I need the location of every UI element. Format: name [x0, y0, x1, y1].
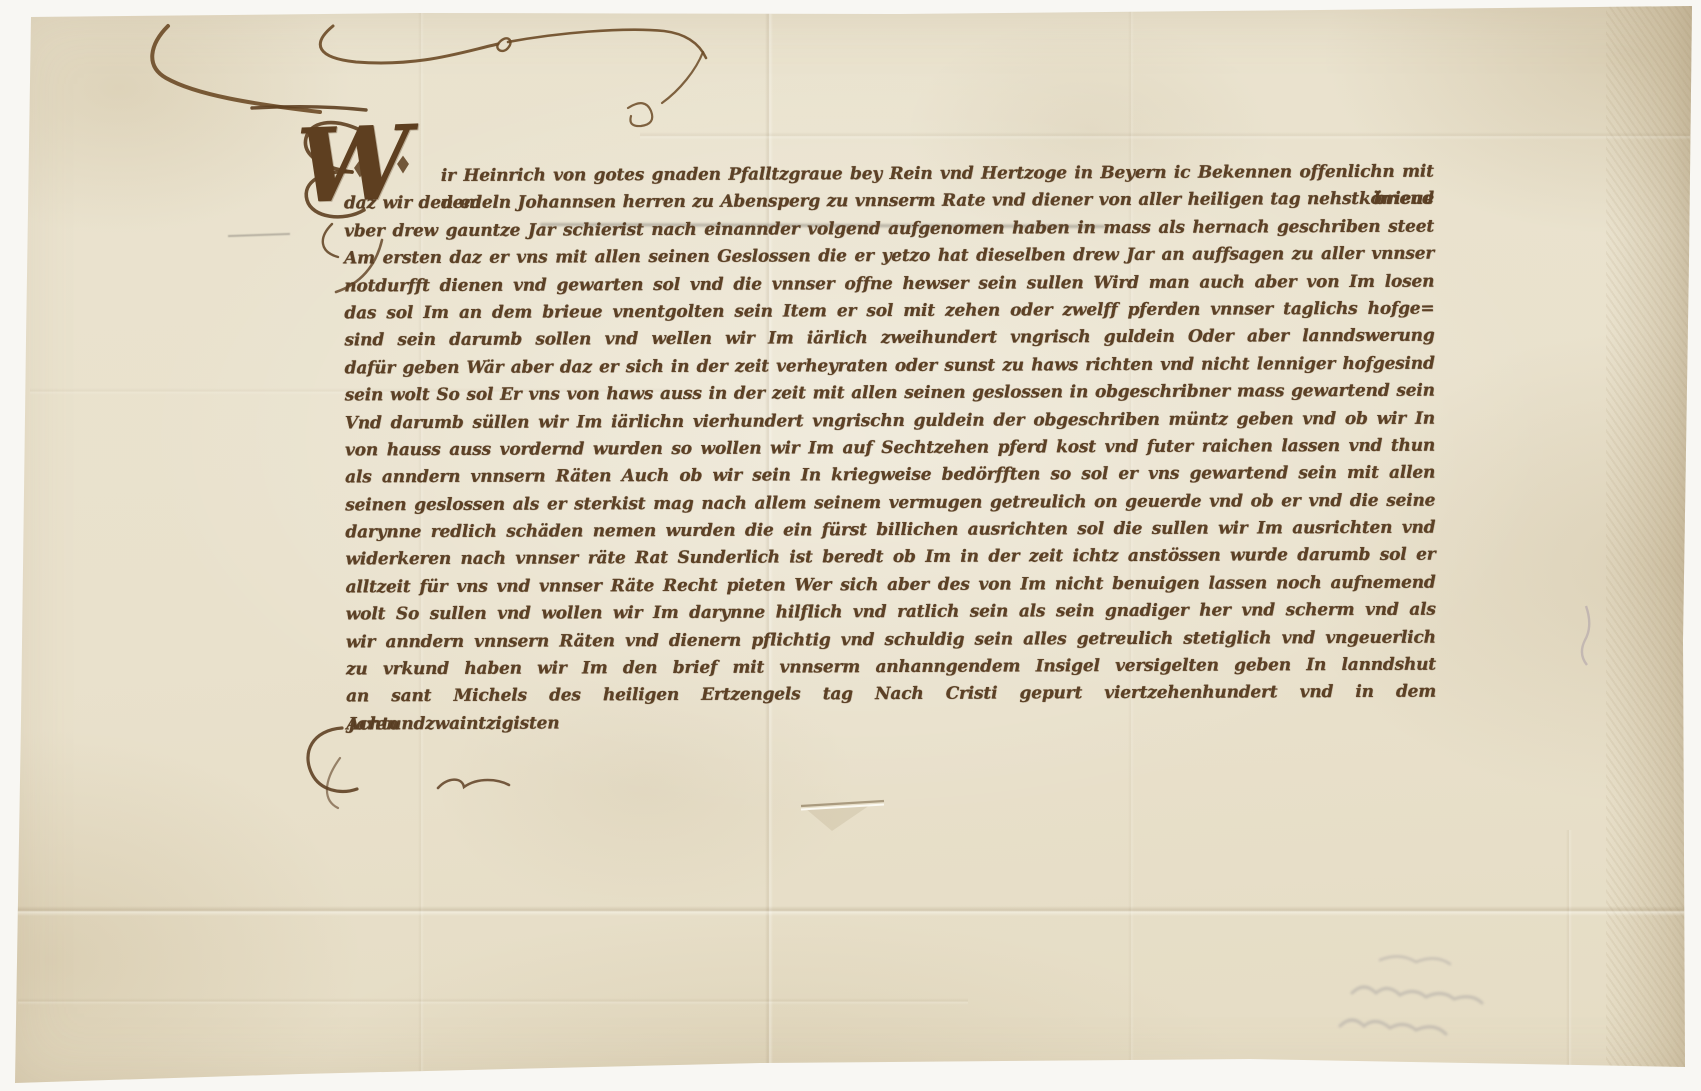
fold-crease-horizontal-lower [18, 998, 968, 1005]
fold-crease-horizontal-top [640, 132, 1690, 140]
manuscript-line: Am ersten daz er vns mit allen seinen Ge… [344, 241, 1434, 273]
parchment-right-edge-shading [1606, 0, 1701, 1091]
manuscript-line: wolt So sullen vnd wollen wir Im darynne… [346, 597, 1436, 629]
pencil-dash-mark [228, 233, 290, 237]
faint-purple-mark [1582, 606, 1589, 665]
fold-crease-vertical-bottom-right [1566, 830, 1572, 1075]
manuscript-line: sein wolt So sol Er vns von haws auss in… [345, 378, 1435, 410]
manuscript-line: sind sein darumb sollen vnd wellen wir I… [344, 323, 1434, 355]
manuscript-line: als anndern vnnsern Räten Auch ob wir se… [345, 460, 1435, 492]
show-through-writing [1340, 956, 1482, 1034]
fold-crease-horizontal-bottom [16, 906, 1686, 916]
parchment-sheet: W ir Heinrich von gotes gnaden Pfalltzgr… [0, 0, 1701, 1091]
manuscript-line: an sant Michels des heiligen Ertzengels … [346, 679, 1436, 711]
seal-slit [801, 801, 884, 831]
photo-of-charter: { "colors": { "backdrop": "#f8f7f3", "pa… [0, 0, 1701, 1091]
charter-text-block: ir Heinrich von gotes gnaden Pfalltzgrau… [344, 159, 1436, 739]
bottom-line-flourishes [308, 728, 509, 808]
